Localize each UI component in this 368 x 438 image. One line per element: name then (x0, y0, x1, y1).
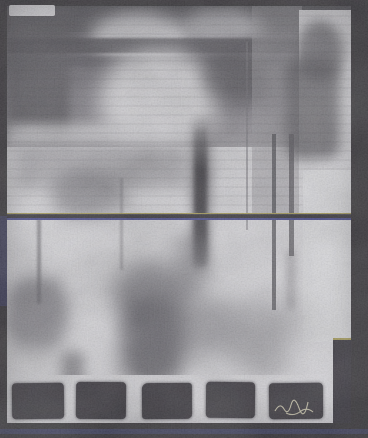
ink-stamp-4 (206, 382, 255, 419)
lower-right-smudge (228, 296, 292, 380)
right-light-rectangle (303, 170, 353, 342)
mid-left-smudge (50, 170, 125, 218)
ink-stamp-1 (12, 383, 64, 420)
signature-scribble (272, 395, 322, 419)
thin-vertical-line-1 (272, 134, 276, 310)
frame-border-top (0, 0, 368, 6)
frame-border-right (351, 0, 368, 438)
lower-left-dark-patch (7, 276, 67, 350)
film-chip-top-left (9, 5, 55, 16)
frame-navy-tint-left (0, 216, 7, 306)
ink-stamp-2 (76, 382, 126, 419)
thin-vertical-line-2 (289, 134, 294, 256)
ink-stamp-3 (142, 383, 192, 419)
vertical-line-fade (287, 250, 295, 310)
horizontal-rule-line (0, 213, 368, 220)
bottom-navy-stripe (0, 429, 368, 434)
stem-line-center (120, 178, 123, 270)
abstract-scanned-photo (0, 0, 368, 438)
